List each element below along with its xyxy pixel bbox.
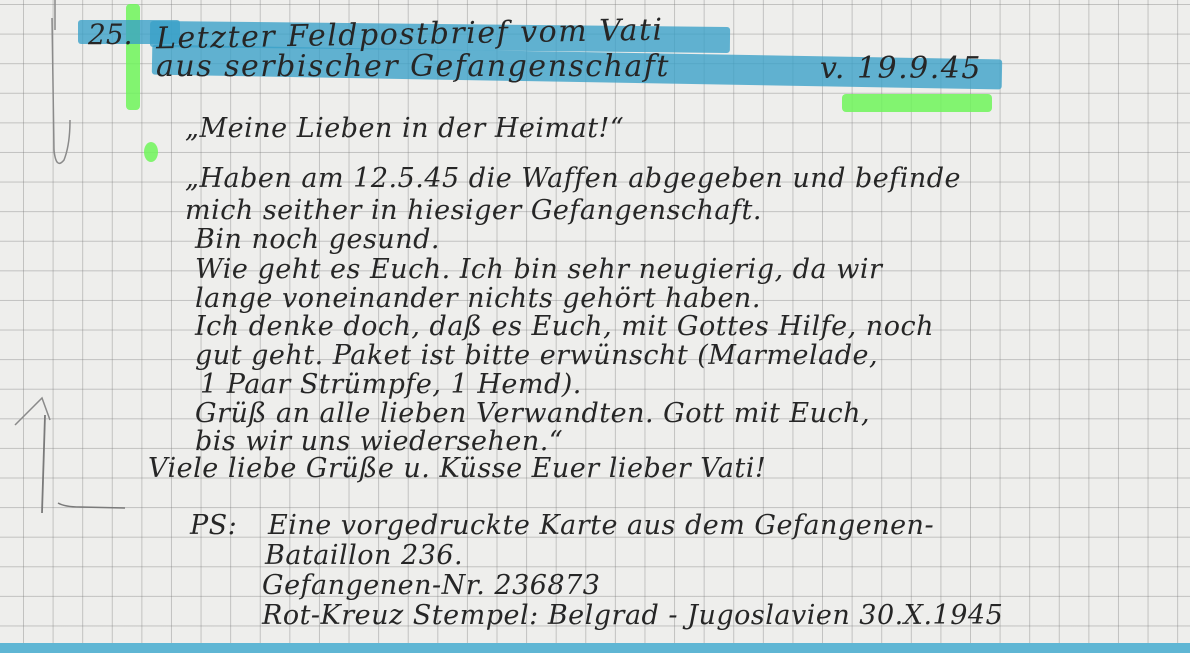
notebook-page: 25. Letzter Feldpostbrief vom Vati aus s…: [0, 0, 1190, 653]
letter-line: lange voneinander nichts gehört haben.: [195, 285, 761, 312]
entry-title-line-2: aus serbischer Gefangenschaft: [156, 52, 670, 82]
letter-closing: Viele liebe Grüße u. Küsse Euer lieber V…: [148, 455, 766, 482]
letter-line: Wie geht es Euch. Ich bin sehr neugierig…: [195, 256, 882, 283]
margin-bracket-icon: [40, 0, 80, 190]
postscript-line: Bataillon 236.: [265, 542, 463, 569]
entry-title-date: v. 19.9.45: [820, 54, 982, 84]
postscript-line: Gefangenen-Nr. 236873: [262, 572, 600, 599]
letter-line: 1 Paar Strümpfe, 1 Hemd).: [200, 371, 582, 398]
entry-number: 25.: [88, 18, 133, 51]
page-bottom-band: [0, 643, 1190, 653]
letter-line: Ich denke doch, daß es Euch, mit Gottes …: [195, 313, 934, 340]
letter-line: mich seither in hiesiger Gefangenschaft.: [185, 197, 762, 224]
letter-line: „Haben am 12.5.45 die Waffen abgegeben u…: [185, 165, 961, 192]
green-highlight-date: [842, 94, 992, 112]
letter-line: Bin noch gesund.: [195, 226, 440, 253]
green-highlight-dot: [144, 142, 158, 162]
letter-line: Grüß an alle lieben Verwandten. Gott mit…: [195, 400, 870, 427]
postscript-line: Rot-Kreuz Stempel: Belgrad - Jugoslavien…: [262, 602, 1003, 629]
margin-arrow-icon: [10, 395, 130, 520]
postscript-label: PS:: [190, 512, 237, 539]
letter-line: gut geht. Paket ist bitte erwünscht (Mar…: [195, 342, 878, 369]
letter-line: bis wir uns wiedersehen.“: [195, 428, 563, 455]
letter-salutation: „Meine Lieben in der Heimat!“: [185, 115, 624, 142]
postscript-line: Eine vorgedruckte Karte aus dem Gefangen…: [268, 512, 934, 539]
